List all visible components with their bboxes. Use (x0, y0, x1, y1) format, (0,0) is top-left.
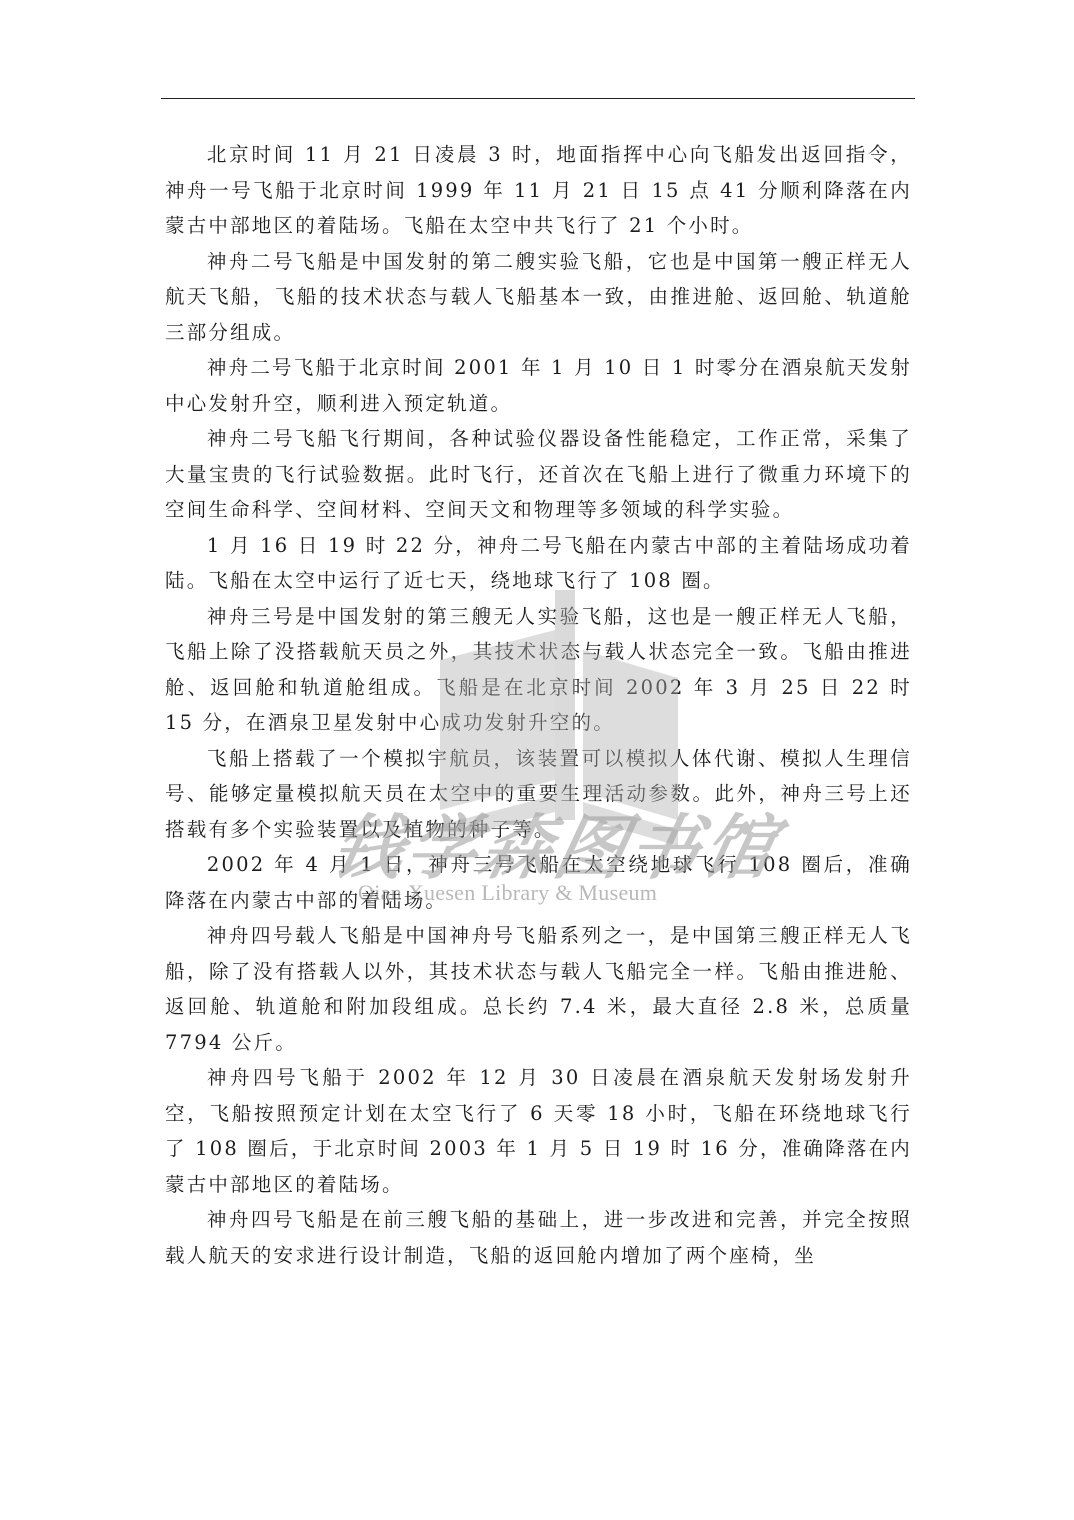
document-page: 北京时间 11 月 21 日凌晨 3 时，地面指挥中心向飞船发出返回指令，神舟一… (0, 0, 1074, 1520)
paragraph-shenzhou3-landing: 2002 年 4 月 1 日，神舟三号飞船在太空绕地球飞行 108 圈后，准确降… (165, 847, 912, 918)
paragraph-shenzhou2-flight: 神舟二号飞船飞行期间，各种试验仪器设备性能稳定，工作正常，采集了大量宝贵的飞行试… (165, 421, 912, 528)
paragraph-shenzhou4-flight: 神舟四号飞船于 2002 年 12 月 30 日凌晨在酒泉航天发射场发射升空，飞… (165, 1060, 912, 1202)
paragraph-shenzhou2-launch: 神舟二号飞船于北京时间 2001 年 1 月 10 日 1 时零分在酒泉航天发射… (165, 350, 912, 421)
paragraph-shenzhou2-landing: 1 月 16 日 19 时 22 分，神舟二号飞船在内蒙古中部的主着陆场成功着陆… (165, 528, 912, 599)
paragraph-shenzhou3-payload: 飞船上搭载了一个模拟宇航员，该装置可以模拟人体代谢、模拟人生理信号、能够定量模拟… (165, 741, 912, 848)
document-body: 北京时间 11 月 21 日凌晨 3 时，地面指挥中心向飞船发出返回指令，神舟一… (165, 137, 912, 1273)
paragraph-shenzhou4-improvements: 神舟四号飞船是在前三艘飞船的基础上，进一步改进和完善，并完全按照载人航天的安求进… (165, 1202, 912, 1273)
paragraph-shenzhou1-landing: 北京时间 11 月 21 日凌晨 3 时，地面指挥中心向飞船发出返回指令，神舟一… (165, 137, 912, 244)
header-rule (161, 98, 915, 99)
paragraph-shenzhou3-intro: 神舟三号是中国发射的第三艘无人实验飞船，这也是一艘正样无人飞船，飞船上除了没搭载… (165, 599, 912, 741)
paragraph-shenzhou4-intro: 神舟四号载人飞船是中国神舟号飞船系列之一，是中国第三艘正样无人飞船，除了没有搭载… (165, 918, 912, 1060)
paragraph-shenzhou2-intro: 神舟二号飞船是中国发射的第二艘实验飞船，它也是中国第一艘正样无人航天飞船，飞船的… (165, 244, 912, 351)
